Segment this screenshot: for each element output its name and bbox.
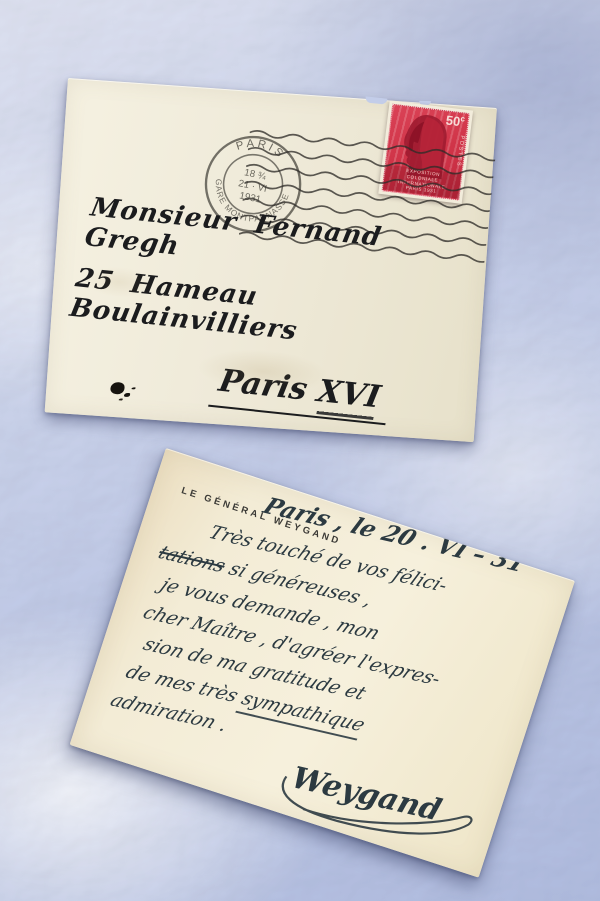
- envelope-top-tear: [365, 96, 388, 104]
- stamp-denomination: 50c: [445, 113, 465, 128]
- envelope: 50c POSTES EXPOSITION COLONIALE INTERNAT…: [45, 78, 497, 442]
- photo-scene: 50c POSTES EXPOSITION COLONIALE INTERNAT…: [0, 0, 600, 901]
- foxing-stain: [197, 346, 330, 397]
- ink-blot: [110, 382, 125, 395]
- foxing-stain-small: [83, 265, 155, 300]
